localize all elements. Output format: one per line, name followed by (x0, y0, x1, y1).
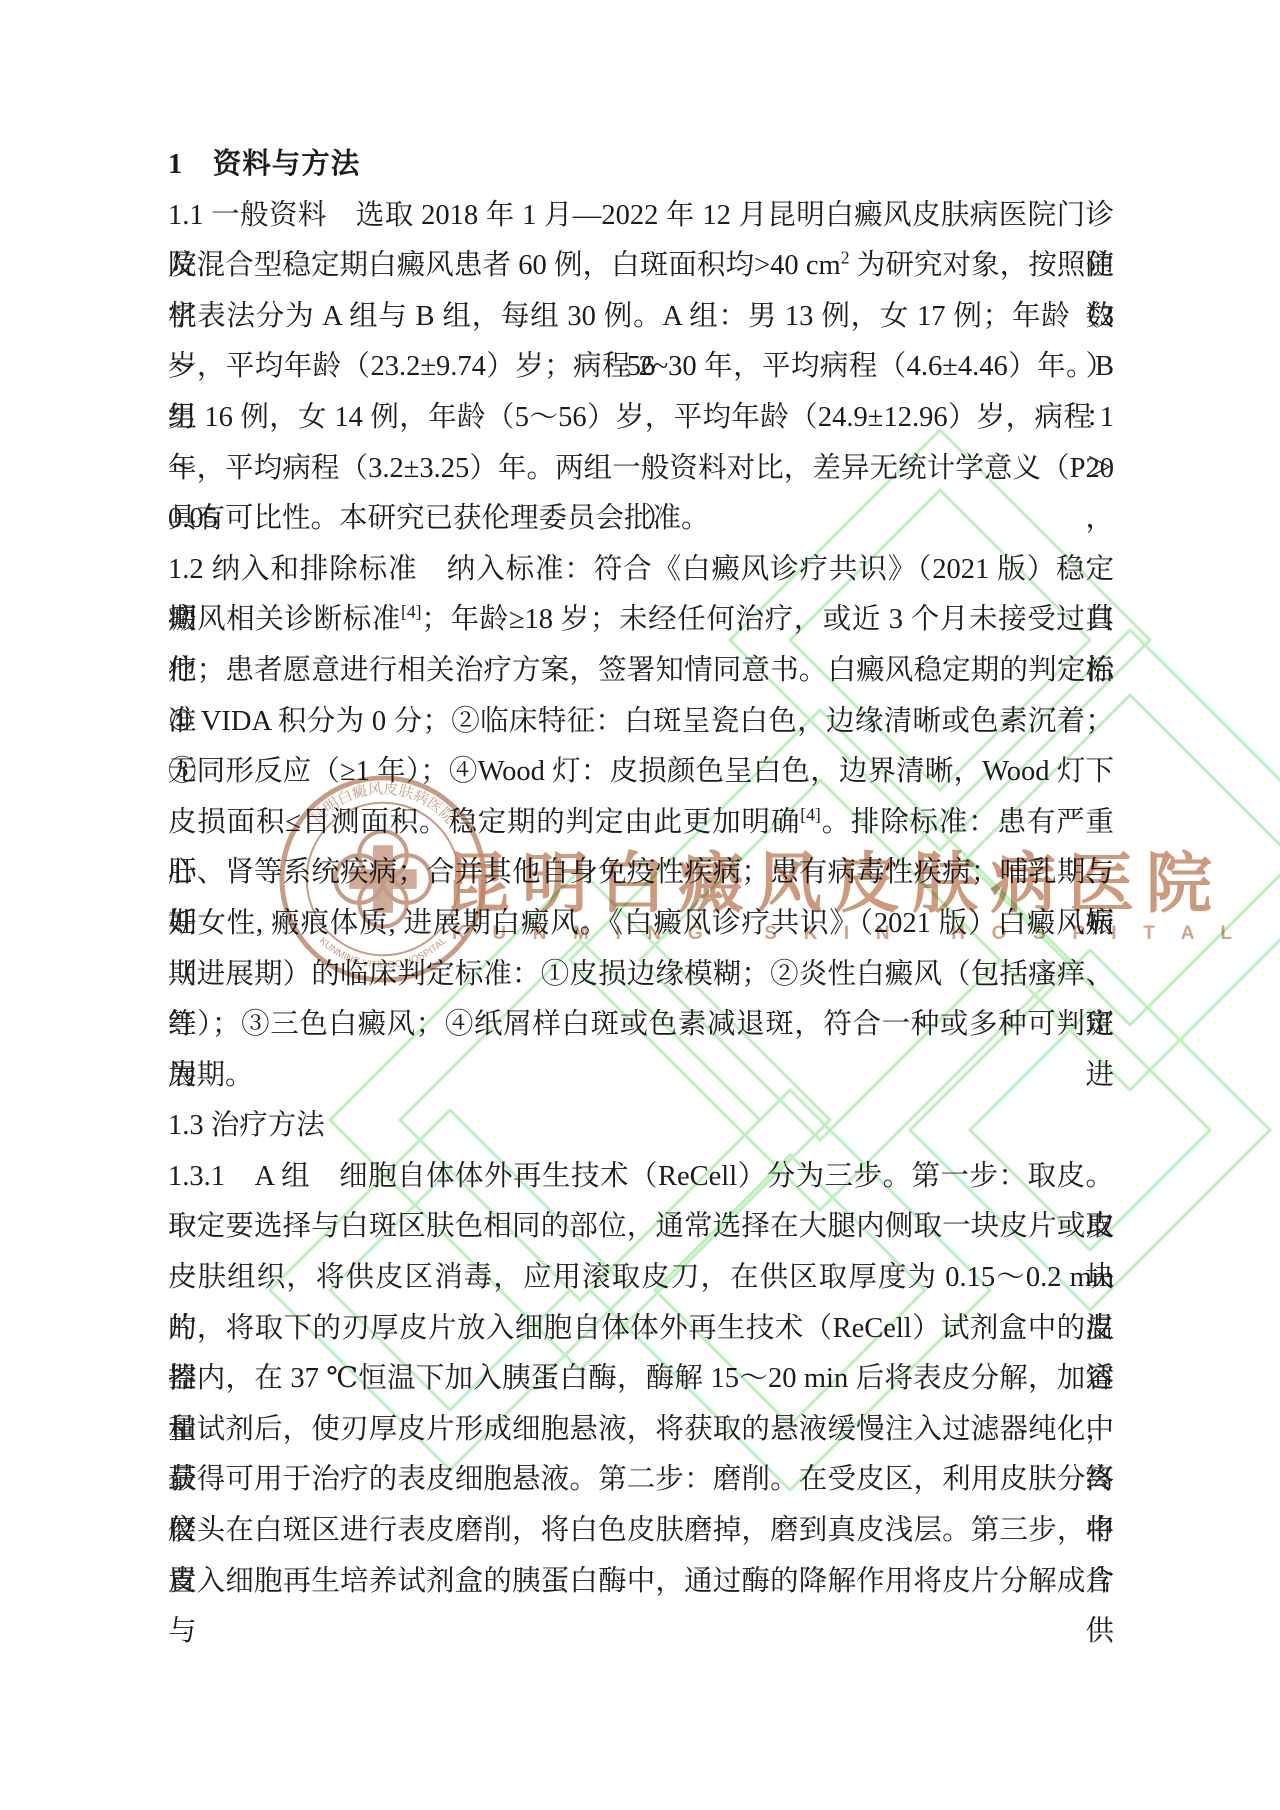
text-line: 皮肤组织，将供皮区消毒，应用滚取皮刀，在供区取厚度为 0.15～0.2 mm 的… (168, 1253, 1114, 1304)
text-line: 1.1 一般资料 选取 2018 年 1 月—2022 年 12 月昆明白癜风皮… (168, 191, 1114, 242)
text-line: 置入细胞再生培养试剂盒的胰蛋白酶中，通过酶的降解作用将皮片分解成含与供 (168, 1557, 1114, 1608)
text-line: 岁，平均年龄（23.2±9.74）岁；病程 2~30 年，平均病程（4.6±4.… (168, 342, 1114, 393)
text-line: 等）；③三色白癜风；④纸屑样白斑或色素减退斑，符合一种或多种可判定为进 (168, 1000, 1114, 1051)
text-line: 肝、肾等系统疾病；合并其他自身免疫性疾病；患有病毒性疾病；哺乳期与妊娠 (168, 848, 1114, 899)
text-line: 1.2 纳入和排除标准 纳入标准：符合《白癜风诊疗共识》（2021 版）稳定期白 (168, 545, 1114, 596)
text-line: 器内，在 37 ℃恒温下加入胰蛋白酶，酶解 15～20 min 后将表皮分解，加… (168, 1354, 1114, 1405)
text-line: 片，将取下的刃厚皮片放入细胞自体体外再生技术（ReCell）试剂盒中的温控容 (168, 1304, 1114, 1355)
text-line: 皮损面积≤目测面积。稳定期的判定由此更加明确[4]。排除标准：患有严重心、 (168, 798, 1114, 849)
text-line: 和试剂后，使刃厚皮片形成细胞悬液，将获取的悬液缓慢注入过滤器纯化，最终 (168, 1405, 1114, 1456)
text-line: ① VIDA 积分为 0 分；②临床特征：白斑呈瓷白色，边缘清晰或色素沉着；③ (168, 697, 1114, 748)
text-line: 磨头在白斑区进行表皮磨削，将白色皮肤磨掉，磨到真皮浅层。第三步，将皮片 (168, 1506, 1114, 1557)
text-line: 疗；患者愿意进行相关治疗方案，签署知情同意书。白癜风稳定期的判定标准： (168, 646, 1114, 697)
text-line: 年，平均病程（3.2±3.25）年。两组一般资料对比，差异无统计学意义（P＞0.… (168, 444, 1114, 495)
text-line: 男 16 例，女 14 例，年龄（5～56）岁，平均年龄（24.9±12.96）… (168, 393, 1114, 444)
text-line: 获得可用于治疗的表皮细胞悬液。第二步：磨削。在受皮区，利用皮肤分离仪中 (168, 1455, 1114, 1506)
text-line: （进展期）的临床判定标准：①皮损边缘模糊；②炎性白癜风（包括瘙痒、红斑 (168, 950, 1114, 1001)
document-page: 1 资料与方法 1.1 一般资料 选取 2018 年 1 月—2022 年 12… (0, 0, 1280, 1810)
text-line: 字表法分为 A 组与 B 组，每组 30 例。A 组：男 13 例，女 17 例… (168, 292, 1114, 343)
text-line: 1.3.1 A 组 细胞自体体外再生技术（ReCell）分为三步。第一步：取皮。… (168, 1152, 1114, 1203)
text-line: 期女性, 瘢痕体质, 进展期白癜风。《白癜风诊疗共识》（2021 版）白癜风病期 (168, 899, 1114, 950)
text-line: 1.3 治疗方法 (168, 1101, 1114, 1152)
text-line: 1 资料与方法 (168, 140, 1114, 191)
text-line: 癜风相关诊断标准[4]；年龄≥18 岁；未经任何治疗，或近 3 个月未接受过其他… (168, 595, 1114, 646)
text-line: 院混合型稳定期白癜风患者 60 例，白斑面积均>40 cm2 为研究对象，按照随… (168, 241, 1114, 292)
text-line: 一定要选择与白斑区肤色相同的部位，通常选择在大腿内侧取一块皮片或取一块 (168, 1202, 1114, 1253)
text-line: 无同形反应（≥1 年）；④Wood 灯：皮损颜色呈白色，边界清晰，Wood 灯下 (168, 747, 1114, 798)
document-text: 1 资料与方法 1.1 一般资料 选取 2018 年 1 月—2022 年 12… (168, 140, 1114, 1607)
